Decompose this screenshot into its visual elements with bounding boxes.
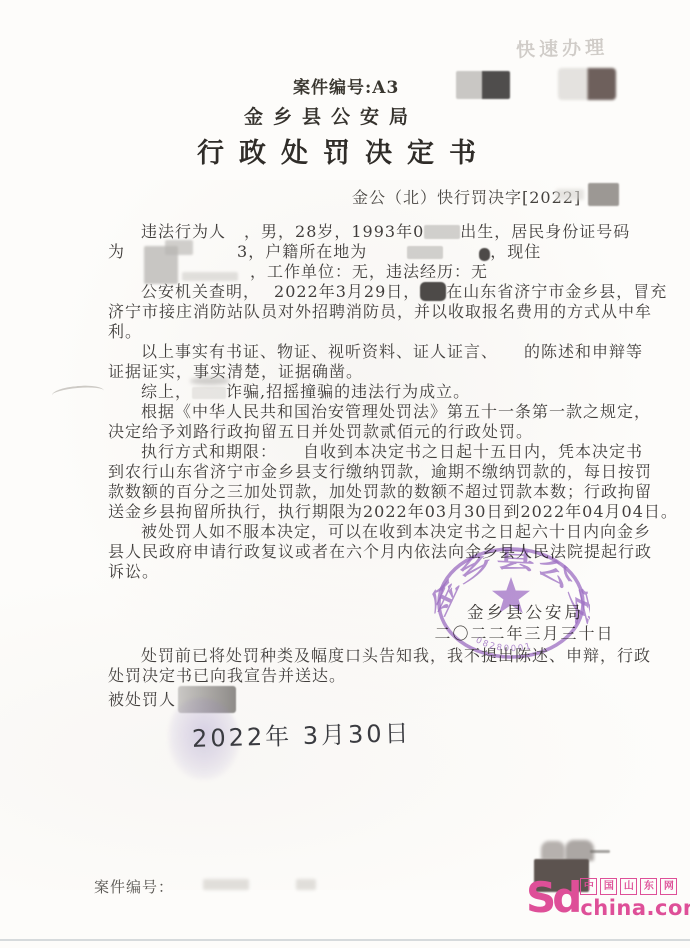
watermark-domain: china.com bbox=[580, 896, 690, 920]
body-line: 利。 bbox=[108, 322, 653, 342]
case-number-header: 案件编号:A3 bbox=[293, 73, 399, 98]
body-line: 处罚前已将处罚种类及幅度口头告知我，我不提出陈述、申辩，行政 bbox=[108, 646, 653, 666]
watermark-char: 网 bbox=[660, 878, 677, 895]
redaction-block bbox=[420, 282, 446, 301]
decision-date: 二〇二二年三月三十日 bbox=[422, 621, 627, 644]
body-line: 送金乡县拘留所执行，执行期限为2022年03月30日到2022年04月04日。 bbox=[108, 502, 653, 522]
page-edge-line bbox=[0, 939, 690, 941]
redaction-smudge bbox=[296, 879, 316, 890]
watermark-char: 中 bbox=[580, 878, 597, 895]
redaction-block bbox=[558, 68, 616, 100]
redacted-gap bbox=[108, 236, 141, 237]
body-line: 被处罚人如不服本决定，可以在收到本决定书之日起六十日内向金乡 bbox=[108, 522, 653, 542]
watermark-char: 山 bbox=[620, 878, 637, 895]
body-line: 县人民政府申请行政复议或者在六个月内依法向金乡县人民法院提起行政 bbox=[108, 542, 653, 562]
redacted-gap bbox=[125, 256, 237, 257]
redaction-smudge bbox=[182, 272, 238, 281]
body-line: 根据《中华人民共和国治安管理处罚法》第五十一条第一款之规定， bbox=[108, 402, 653, 422]
body-line: 处罚决定书已向我宣告并送达。 bbox=[108, 666, 653, 686]
watermark-char: 东 bbox=[640, 878, 657, 895]
redacted-gap bbox=[108, 356, 141, 357]
body-line: 违法行为人，男，28岁，1993年0出生，居民身份证号码 bbox=[108, 222, 653, 242]
redaction-block bbox=[541, 841, 565, 860]
redacted-gap bbox=[108, 416, 141, 417]
ink-smudge bbox=[190, 377, 230, 385]
redaction-block bbox=[407, 246, 443, 259]
redacted-gap bbox=[443, 256, 479, 257]
body-line: 决定给予刘路行政拘留五日并处罚款贰佰元的行政处罚。 bbox=[108, 422, 653, 442]
body-line: 到农行山东省济宁市金乡县支行缴纳罚款，逾期不缴纳罚款的，每日按罚 bbox=[108, 462, 653, 482]
watermark-char: 国 bbox=[600, 878, 617, 895]
redacted-gap bbox=[498, 356, 524, 357]
redaction-block bbox=[588, 183, 619, 206]
body-line: 济宁市接庄消防站队员对外招聘消防员，并以收取报名费用的方式从中牟 bbox=[108, 302, 653, 322]
redaction-block bbox=[479, 248, 490, 261]
document-number: 金公（北）快行罚决字[2022] bbox=[352, 185, 581, 208]
body-line: 以上事实有书证、物证、视听资料、证人证言、的陈述和申辩等 bbox=[108, 342, 653, 362]
redaction-block bbox=[424, 225, 460, 239]
body-line: 诉讼。 bbox=[108, 562, 653, 582]
faint-overprint-stamp: 快速办理 bbox=[516, 32, 609, 62]
redacted-gap bbox=[108, 536, 141, 537]
scanned-penalty-decision-document: 快速办理 案件编号:A3 金乡县公安局 行政处罚决定书 金公（北）快行罚决字[2… bbox=[0, 0, 690, 948]
body-line: 执行方式和期限：自收到本决定书之日起十五日内，凭本决定书 bbox=[108, 442, 653, 462]
body-line: 综上，诈骗,招摇撞骗的违法行为成立。 bbox=[108, 382, 653, 402]
acknowledgement-section: 处罚前已将处罚种类及幅度口头告知我，我不提出陈述、申辩，行政处罚决定书已向我宣告… bbox=[108, 646, 653, 706]
watermark-site-name: 中国山东网 bbox=[580, 878, 690, 895]
redaction-block bbox=[192, 387, 226, 399]
redacted-gap bbox=[277, 456, 303, 457]
redaction-smudge bbox=[556, 189, 584, 200]
body-line: 款数额的百分之三加处罚款，加处罚款的数额不超过罚款本数；行政拘留 bbox=[108, 482, 653, 502]
agency-name: 金乡县公安局 bbox=[244, 102, 418, 129]
redacted-gap bbox=[260, 296, 274, 297]
redacted-gap bbox=[108, 456, 141, 457]
redacted-gap bbox=[108, 660, 141, 661]
footer-case-number-label: 案件编号： bbox=[94, 876, 174, 897]
redacted-gap bbox=[367, 256, 407, 257]
authority-name: 金乡县公安局 bbox=[433, 599, 618, 623]
redacted-gap bbox=[226, 236, 244, 237]
pen-smudge bbox=[51, 384, 104, 402]
body-line: 公安机关查明，2022年3月29日，在山东省济宁市金乡县，冒充 bbox=[108, 282, 653, 302]
redaction-block bbox=[144, 246, 178, 284]
document-title: 行政处罚决定书 bbox=[197, 131, 491, 170]
redacted-gap bbox=[108, 296, 141, 297]
redacted-gap bbox=[108, 396, 141, 397]
site-watermark: Sd 中国山东网 china.com bbox=[526, 872, 690, 924]
handwritten-date: 2022年 3月30日 bbox=[192, 713, 412, 754]
redaction-block bbox=[456, 71, 510, 99]
watermark-logo: Sd bbox=[526, 872, 578, 924]
redaction-smudge bbox=[203, 879, 249, 890]
redaction-smudge bbox=[590, 850, 610, 853]
watermark-text: 中国山东网 china.com bbox=[580, 878, 690, 920]
